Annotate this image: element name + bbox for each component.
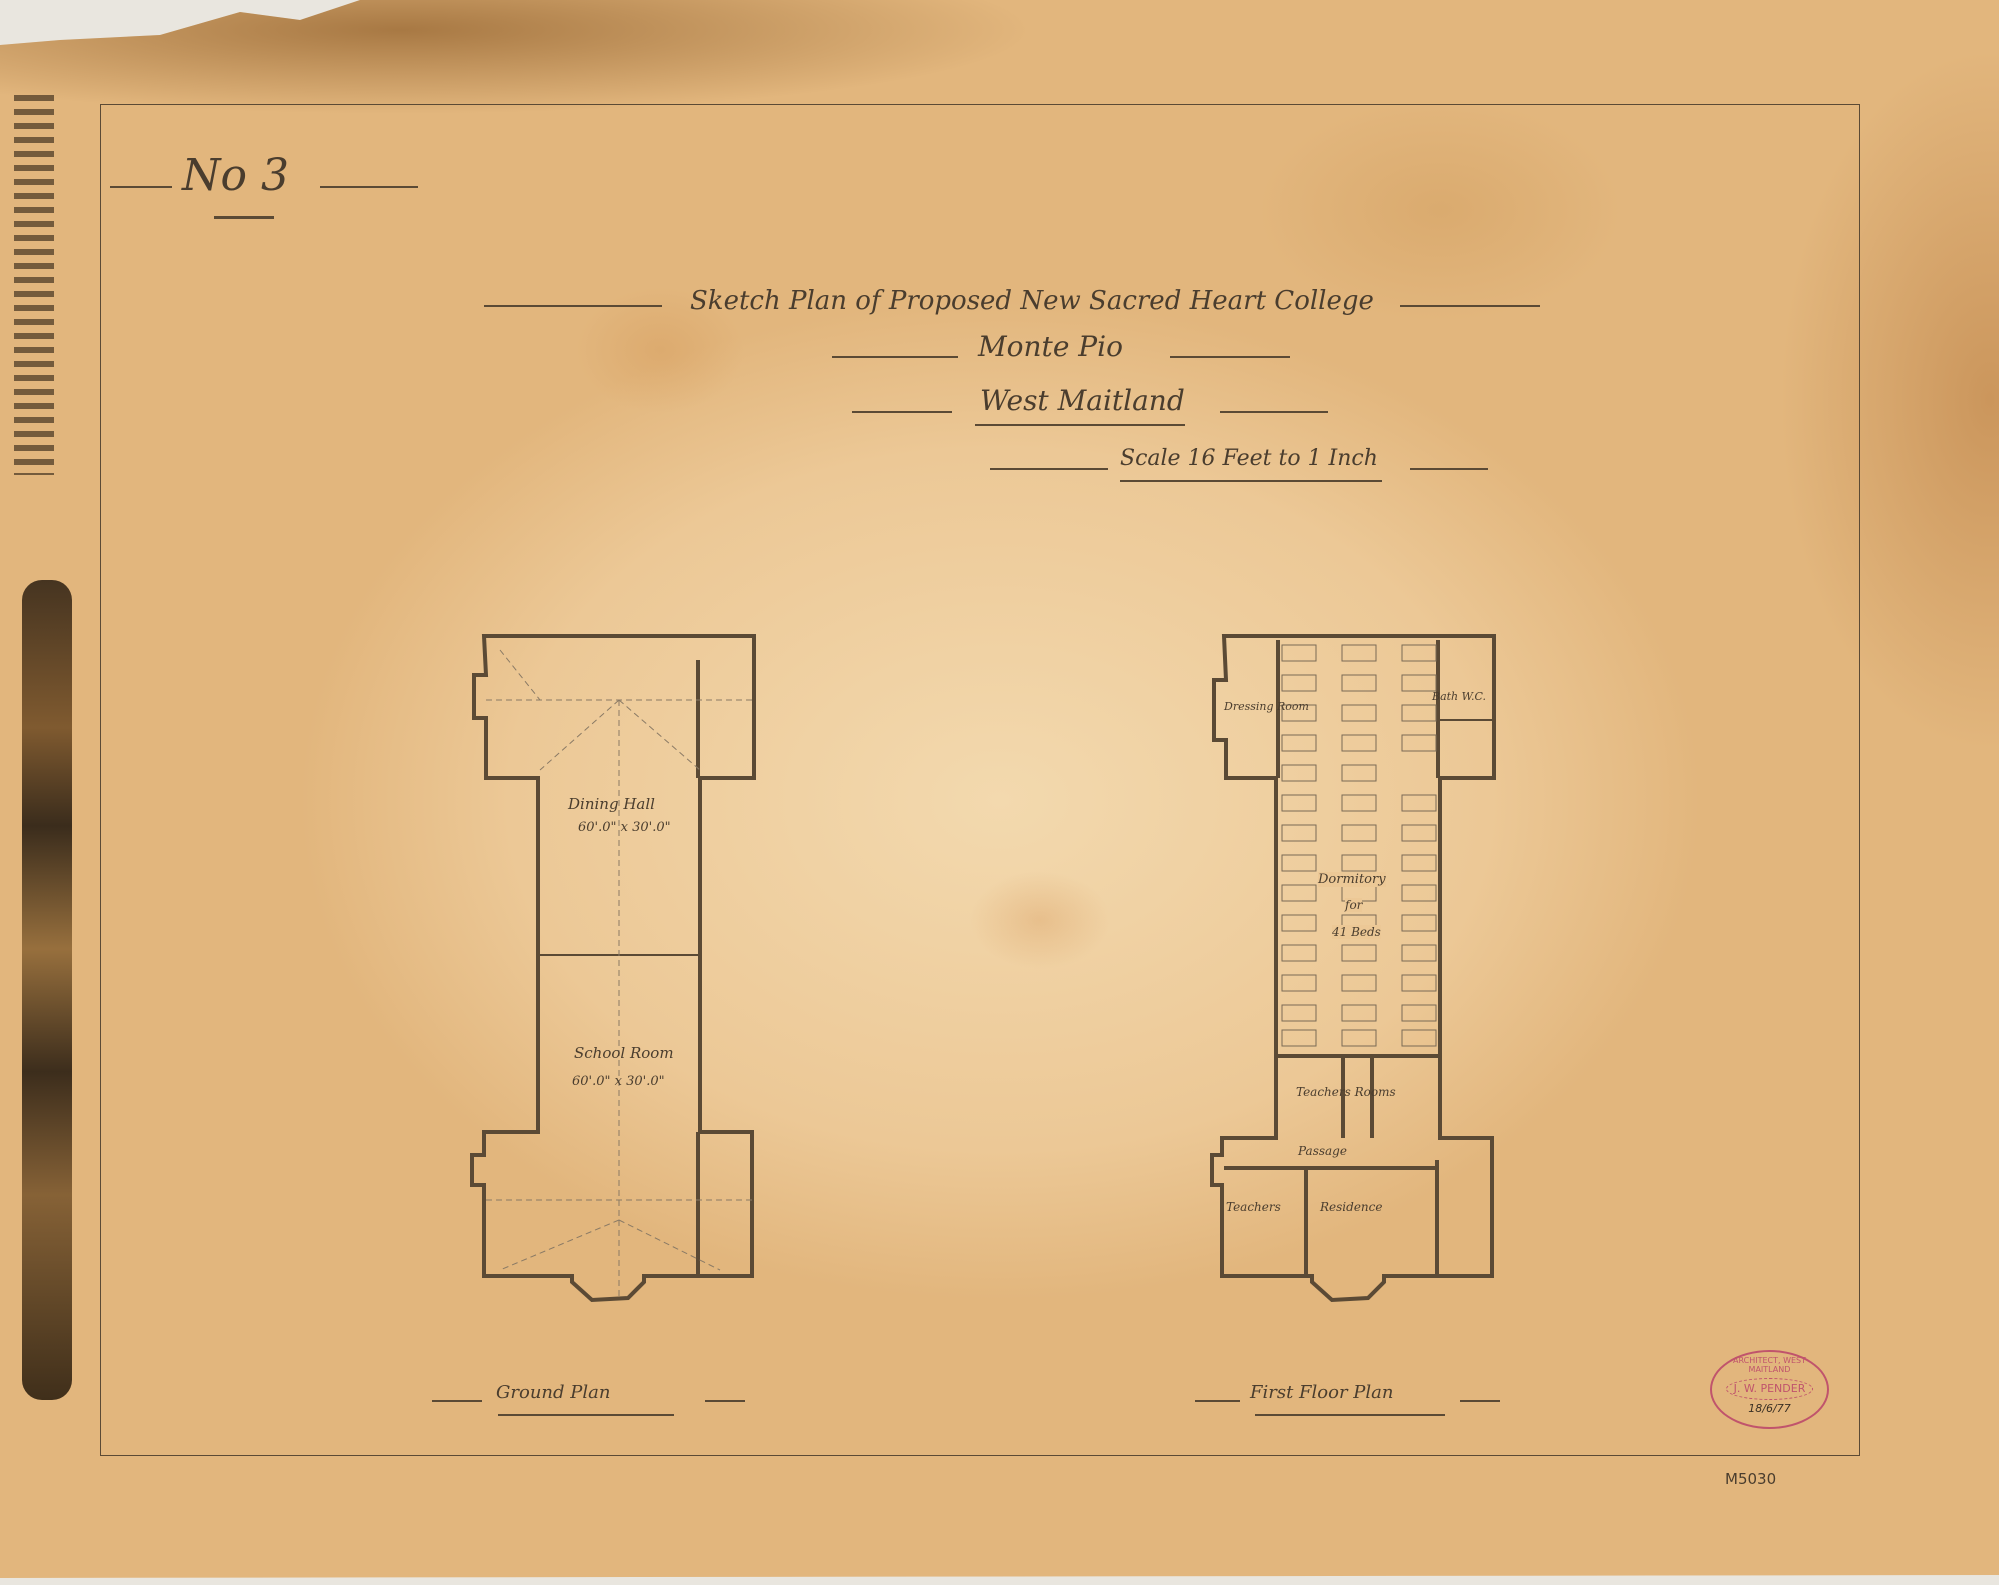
caption-first-floor-plan: First Floor Plan (1250, 1382, 1393, 1403)
dormitory-note-for: for (1345, 898, 1362, 912)
stamp-name: J. W. PENDER (1726, 1378, 1813, 1400)
rule (432, 1400, 482, 1402)
architect-stamp: ARCHITECT, WEST MAITLAND J. W. PENDER 18… (1710, 1350, 1829, 1429)
stamp-date: 18/6/77 (1712, 1402, 1827, 1415)
rule (705, 1400, 745, 1402)
room-label-school-room: School Room (574, 1044, 674, 1062)
room-dims-dining-hall: 60'.0" x 30'.0" (578, 820, 671, 835)
room-label-passage: Passage (1298, 1144, 1347, 1158)
room-label-residence: Residence (1320, 1200, 1382, 1214)
stamp-arc-text: ARCHITECT, WEST MAITLAND (1712, 1356, 1827, 1374)
rule (1460, 1400, 1500, 1402)
construction-lines (486, 650, 754, 1300)
room-label-dressing-room: Dressing Room (1224, 700, 1309, 713)
room-label-teachers-rooms: Teachers Rooms (1296, 1085, 1396, 1099)
room-dims-school-room: 60'.0" x 30'.0" (572, 1074, 665, 1089)
rule (1195, 1400, 1240, 1402)
accession-number: M5030 (1725, 1470, 1776, 1488)
room-label-teachers: Teachers (1226, 1200, 1281, 1214)
rule (498, 1414, 674, 1416)
room-label-dormitory: Dormitory (1318, 872, 1386, 887)
room-label-bath-wc: Bath W.C. (1432, 690, 1486, 703)
room-label-dining-hall: Dining Hall (568, 795, 655, 813)
rule (1255, 1414, 1445, 1416)
floor-plans-drawing (0, 0, 1999, 1585)
dormitory-note-beds: 41 Beds (1332, 925, 1381, 939)
caption-ground-plan: Ground Plan (496, 1382, 610, 1403)
